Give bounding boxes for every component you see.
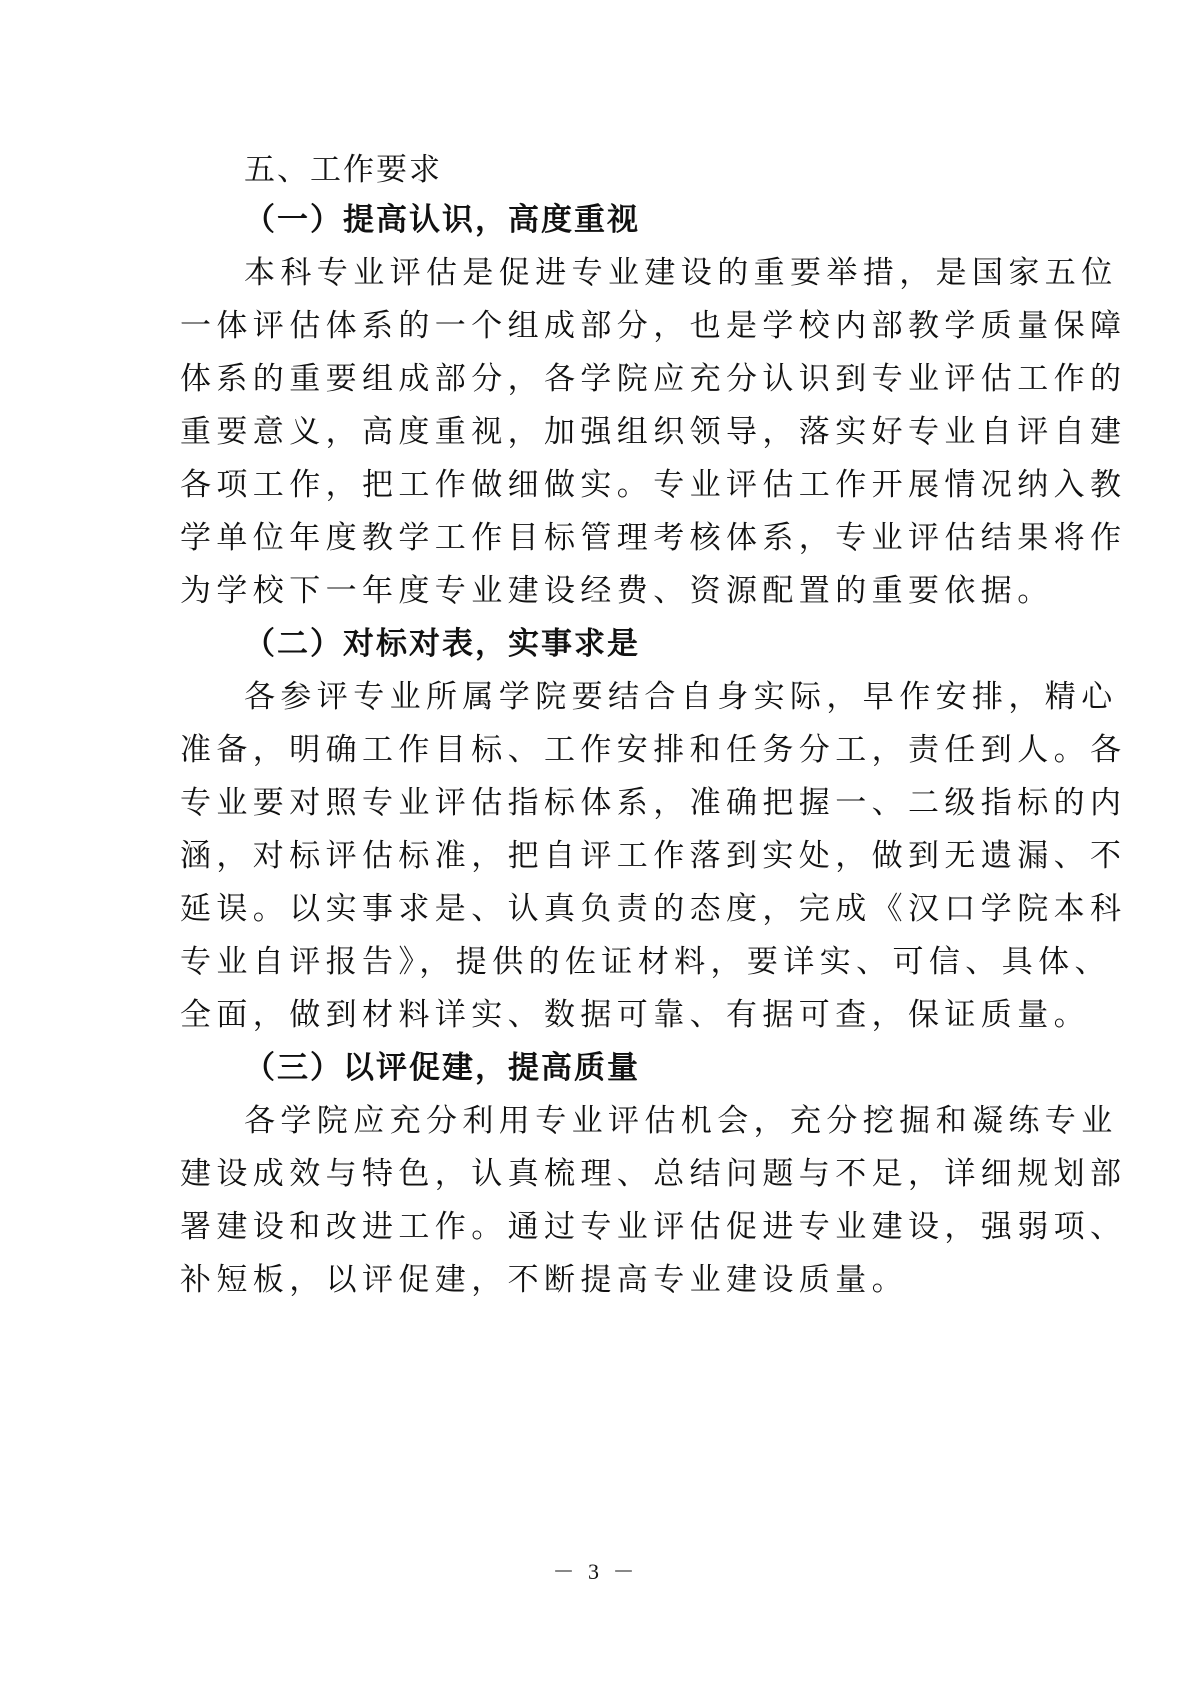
- subsection-heading-2: （二）对标对表，实事求是: [244, 624, 640, 664]
- paragraph-line: 专业要对照专业评估指标体系，准确把握一、二级指标的内: [180, 783, 1126, 823]
- paragraph-line: 各参评专业所属学院要结合自身实际，早作安排，精心: [244, 677, 1118, 717]
- section-heading: 五、工作要求: [244, 150, 442, 190]
- paragraph-line: 体系的重要组成部分，各学院应充分认识到专业评估工作的: [180, 359, 1126, 399]
- paragraph-line: 本科专业评估是促进专业建设的重要举措，是国家五位: [244, 253, 1118, 293]
- paragraph-line: 延误。以实事求是、认真负责的态度，完成《汉口学院本科: [180, 889, 1126, 929]
- paragraph-line: 准备，明确工作目标、工作安排和任务分工，责任到人。各: [180, 730, 1126, 770]
- paragraph-line: 各学院应充分利用专业评估机会，充分挖掘和凝练专业: [244, 1101, 1118, 1141]
- subsection-heading-3: （三）以评促建，提高质量: [244, 1048, 640, 1088]
- paragraph-line: 署建设和改进工作。通过专业评估促进专业建设，强弱项、: [180, 1207, 1126, 1247]
- paragraph-line: 全面，做到材料详实、数据可靠、有据可查，保证质量。: [180, 995, 1090, 1035]
- document-page: 五、工作要求 （一）提高认识，高度重视 本科专业评估是促进专业建设的重要举措，是…: [0, 0, 1191, 1684]
- paragraph-line: 一体评估体系的一个组成部分，也是学校内部教学质量保障: [180, 306, 1126, 346]
- paragraph-line: 涵，对标评估标准，把自评工作落到实处，做到无遗漏、不: [180, 836, 1126, 876]
- paragraph-line: 各项工作，把工作做细做实。专业评估工作开展情况纳入教: [180, 465, 1126, 505]
- page-number: － 3 －: [0, 1555, 1191, 1586]
- paragraph-line: 补短板，以评促建，不断提高专业建设质量。: [180, 1260, 908, 1300]
- paragraph-line: 为学校下一年度专业建设经费、资源配置的重要依据。: [180, 571, 1054, 611]
- subsection-heading-1: （一）提高认识，高度重视: [244, 200, 640, 240]
- paragraph-line: 学单位年度教学工作目标管理考核体系，专业评估结果将作: [180, 518, 1126, 558]
- paragraph-line: 专业自评报告》，提供的佐证材料，要详实、可信、具体、: [180, 942, 1111, 982]
- paragraph-line: 建设成效与特色，认真梳理、总结问题与不足，详细规划部: [180, 1154, 1126, 1194]
- paragraph-line: 重要意义，高度重视，加强组织领导，落实好专业自评自建: [180, 412, 1126, 452]
